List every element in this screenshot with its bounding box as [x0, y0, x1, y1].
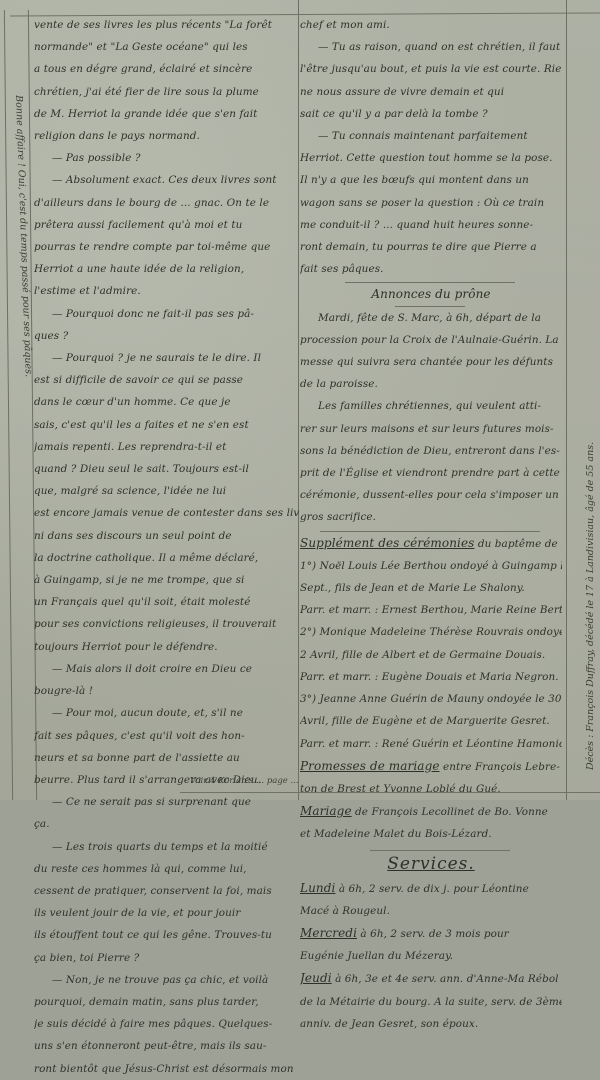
announcement-line: Mardi, fête de S. Marc, à 6h, départ de … — [300, 307, 562, 329]
baptism-line: 2 Avril, fille de Albert et de Germaine … — [300, 644, 562, 666]
text-line: l'être jusqu'au bout, et puis la vie est… — [300, 58, 562, 80]
text-line: fait ses pâques, c'est qu'il voit des ho… — [34, 725, 300, 747]
text-line: — Pourquoi donc ne fait-il pas ses pâ- — [34, 303, 300, 325]
right-column: chef et mon ami.— Tu as raison, quand on… — [300, 14, 562, 800]
text-line: Herriot. Cette question tout homme se la… — [300, 147, 562, 169]
text-line: est si difficile de savoir ce qui se pas… — [34, 369, 300, 391]
baptism-line: Parr. et marr. : Eugène Douais et Maria … — [300, 666, 562, 688]
banns-rest: entre François Lebre- — [440, 761, 560, 773]
text-line: un Français quel qu'il soit, était moles… — [34, 591, 300, 613]
text-line: fait ses pâques. — [300, 258, 562, 280]
text-line: me conduit-il ? ... quand huit heures so… — [300, 214, 562, 236]
text-line: — Mais alors il doit croire en Dieu ce — [34, 658, 300, 680]
text-line: chrétien, j'ai été fier de lire sous la … — [34, 81, 300, 103]
announcement-line: prit de l'Église et viendront prendre pa… — [300, 462, 562, 484]
banns-title: Promesses de mariage — [300, 759, 440, 773]
text-line: — Tu connais maintenant parfaitement — [300, 125, 562, 147]
text-line: jamais repenti. Les reprendra-t-il et — [34, 436, 300, 458]
announcements-title: Annonces du prône — [300, 283, 562, 305]
supplement-title-rest: du baptême de : — [474, 538, 562, 550]
text-line: est encore jamais venue de contester dan… — [34, 502, 300, 524]
text-line: ront demain, tu pourras te dire que Pier… — [300, 236, 562, 258]
announcement-line: sons la bénédiction de Dieu, entreront d… — [300, 440, 562, 462]
text-line: — Pourquoi ? je ne saurais te le dire. I… — [34, 347, 300, 369]
text-line: que, malgré sa science, l'idée ne lui — [34, 480, 300, 502]
text-line: normande" et "La Geste océane" qui les — [34, 36, 300, 58]
announcements-rule-bottom — [395, 306, 465, 307]
text-line: sais, c'est qu'il les a faites et ne s'e… — [34, 414, 300, 436]
text-line: Il n'y a que les bœufs qui montent dans … — [300, 169, 562, 191]
text-line: quand ? Dieu seul le sait. Toujours est-… — [34, 458, 300, 480]
banns-heading: Promesses de mariage entre François Lebr… — [300, 755, 562, 778]
announcement-line: messe qui suivra sera chantée pour les d… — [300, 351, 562, 373]
text-line: vente de ses livres les plus récents "La… — [34, 14, 300, 36]
text-line: la doctrine catholique. Il a même déclar… — [34, 547, 300, 569]
text-line: prêtera aussi facilement qu'à moi et tu — [34, 214, 300, 236]
text-line: l'estime et l'admire. — [34, 280, 300, 302]
text-line: sait ce qu'il y a par delà la tombe ? — [300, 103, 562, 125]
baptism-line: 2°) Monique Madeleine Thérèse Rouvrais o… — [300, 621, 562, 643]
text-line: wagon sans se poser la question : Où ce … — [300, 192, 562, 214]
announcement-line: Les familles chrétiennes, qui veulent at… — [300, 395, 562, 417]
baptism-line: 3°) Jeanne Anne Guérin de Mauny ondoyée … — [300, 688, 562, 710]
text-line: ni dans ses discours un seul point de — [34, 525, 300, 547]
announcement-line: rer sur leurs maisons et sur leurs futur… — [300, 418, 562, 440]
text-line: de M. Herriot la grande idée que s'en fa… — [34, 103, 300, 125]
supplement-title: Supplément des cérémonies — [300, 536, 474, 550]
right-column-rule — [566, 0, 567, 800]
text-line: — Tu as raison, quand on est chrétien, i… — [300, 36, 562, 58]
text-line: — Absolument exact. Ces deux livres sont — [34, 169, 300, 191]
announcement-line: cérémonie, dussent-elles pour cela s'imp… — [300, 484, 562, 506]
text-line: neurs et sa bonne part de l'assiette au — [34, 747, 300, 769]
baptism-line: Parr. et marr. : Ernest Berthou, Marie R… — [300, 599, 562, 621]
text-line: — Ce ne serait pas si surprenant que — [34, 791, 300, 800]
text-line: bougre-là ! — [34, 680, 300, 702]
baptism-line: 1°) Noël Louis Lée Berthou ondoyé à Guin… — [300, 555, 562, 577]
text-line: pour ses convictions religieuses, il tro… — [34, 613, 300, 635]
text-line: — Pour moi, aucun doute, et, s'il ne — [34, 702, 300, 724]
baptism-line: Avril, fille de Eugène et de Marguerite … — [300, 710, 562, 732]
text-line: pourras te rendre compte par toi-même qu… — [34, 236, 300, 258]
text-line: chef et mon ami. — [300, 14, 562, 36]
supplement-rule — [320, 531, 540, 532]
banns-line2: ton de Brest et Yvonne Loblé du Gué. — [300, 778, 562, 800]
text-line: a tous en dégre grand, éclairé et sincèr… — [34, 58, 300, 80]
footer-note: Voir 4 Korian's ... page ... — [190, 776, 299, 786]
text-line: dans le cœur d'un homme. Ce que je — [34, 391, 300, 413]
text-line: ques ? — [34, 325, 300, 347]
document-page: vente de ses livres les plus récents "La… — [0, 0, 600, 800]
announcement-line: procession pour la Croix de l'Aulnaie-Gu… — [300, 329, 562, 351]
announcement-line: de la paroisse. — [300, 373, 562, 395]
baptism-line: Parr. et marr. : René Guérin et Léontine… — [300, 733, 562, 755]
text-line: à Guingamp, si je ne me trompe, que si — [34, 569, 300, 591]
left-column: vente de ses livres les plus récents "La… — [34, 14, 300, 800]
right-margin-note: Décès : François Duffray, décédé le 17 à… — [585, 442, 596, 770]
announcements-rule-top — [345, 282, 515, 283]
left-margin-rule — [4, 10, 13, 800]
text-line: ne nous assure de vivre demain et qui — [300, 81, 562, 103]
text-line: — Pas possible ? — [34, 147, 300, 169]
text-line: religion dans le pays normand. — [34, 125, 300, 147]
baptism-line: Sept., fils de Jean et de Marie Le Shalo… — [300, 577, 562, 599]
supplement-heading: Supplément des cérémonies du baptême de … — [300, 532, 562, 555]
announcement-line: gros sacrifice. — [300, 506, 562, 528]
text-line: Herriot a une haute idée de la religion, — [34, 258, 300, 280]
text-line: d'ailleurs dans le bourg de ... gnac. On… — [34, 192, 300, 214]
text-line: toujours Herriot pour le défendre. — [34, 636, 300, 658]
